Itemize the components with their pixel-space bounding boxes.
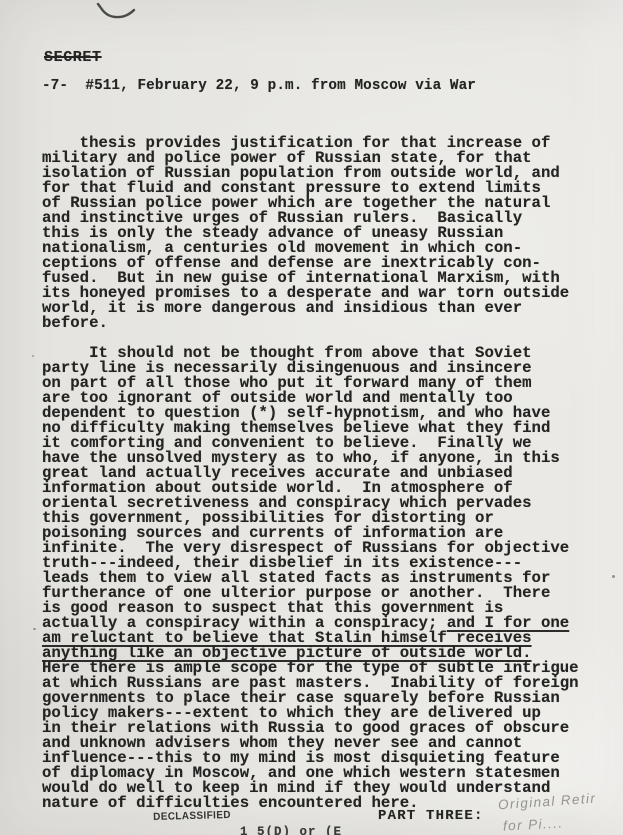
document-header-line: -7- #511, February 22, 9 p.m. from Mosco…: [42, 78, 476, 94]
part-three-heading: PART THREE:: [378, 808, 484, 824]
handwritten-check-icon: [96, 2, 138, 24]
handwritten-note-line2: for Pi....: [503, 815, 564, 833]
secret-classification: SECRET: [44, 49, 102, 66]
body-text-before-underline: thesis provides justification for that i…: [42, 134, 569, 632]
ink-speck: [612, 575, 615, 578]
ink-speck: [32, 355, 34, 357]
scanned-document-page: SECRET -7- #511, February 22, 9 p.m. fro…: [0, 0, 623, 835]
document-body: thesis provides justification for that i…: [42, 121, 579, 826]
body-text-after-underline: Here there is ample scope for the type o…: [42, 659, 579, 812]
ink-speck: [33, 628, 36, 630]
declassified-stamp: DECLASSIFIED: [153, 809, 231, 823]
declassification-stamp-partial-text: 1 5(D) or (E: [240, 825, 342, 835]
